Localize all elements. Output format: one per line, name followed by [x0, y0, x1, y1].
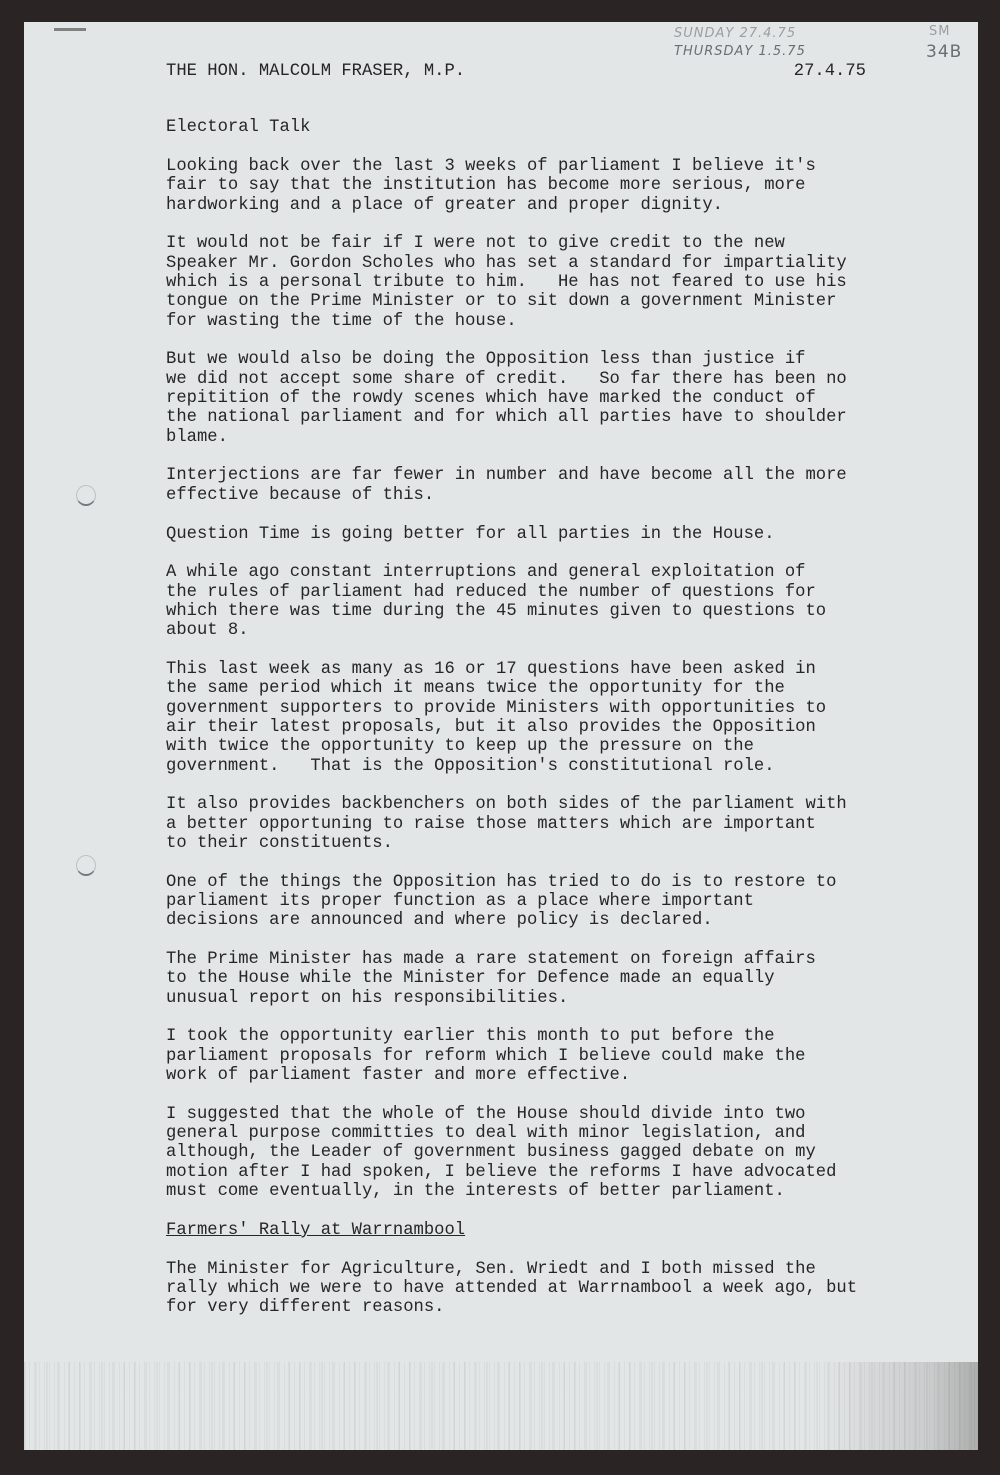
paragraph: A while ago constant interruptions and g…	[166, 563, 946, 640]
paragraph: But we would also be doing the Oppositio…	[166, 350, 946, 446]
paragraph: I suggested that the whole of the House …	[166, 1105, 946, 1201]
letterhead: THE HON. MALCOLM FRASER, M.P. 27.4.75	[166, 62, 866, 81]
document-title: Electoral Talk	[166, 118, 946, 137]
document-body: THE HON. MALCOLM FRASER, M.P. 27.4.75 El…	[166, 62, 946, 1337]
handwritten-note-line1: SUNDAY 27.4.75	[674, 26, 796, 41]
punch-hole-mark	[76, 855, 96, 876]
handwritten-ref-number: 34B	[926, 42, 962, 62]
stamp-mark	[54, 28, 86, 31]
paragraph: It also provides backbenchers on both si…	[166, 795, 946, 853]
paragraph: I took the opportunity earlier this mont…	[166, 1027, 946, 1085]
paragraph: The Prime Minister has made a rare state…	[166, 950, 946, 1008]
paragraph: One of the things the Opposition has tri…	[166, 873, 946, 931]
paragraph: Interjections are far fewer in number an…	[166, 466, 946, 505]
paragraph: This last week as many as 16 or 17 quest…	[166, 660, 946, 776]
author-line: THE HON. MALCOLM FRASER, M.P.	[166, 62, 465, 81]
paragraph: It would not be fair if I were not to gi…	[166, 234, 946, 330]
section-subheading: Farmers' Rally at Warrnambool	[166, 1221, 946, 1240]
paragraph: Looking back over the last 3 weeks of pa…	[166, 157, 946, 215]
punch-hole-mark	[76, 485, 96, 506]
handwritten-note-line2: THURSDAY 1.5.75	[674, 44, 806, 59]
handwritten-ref-top: SM	[929, 24, 950, 39]
document-date: 27.4.75	[794, 62, 866, 81]
scan-artifact-band	[24, 1362, 978, 1450]
paragraph: Question Time is going better for all pa…	[166, 525, 946, 544]
paragraph: The Minister for Agriculture, Sen. Wried…	[166, 1260, 946, 1318]
